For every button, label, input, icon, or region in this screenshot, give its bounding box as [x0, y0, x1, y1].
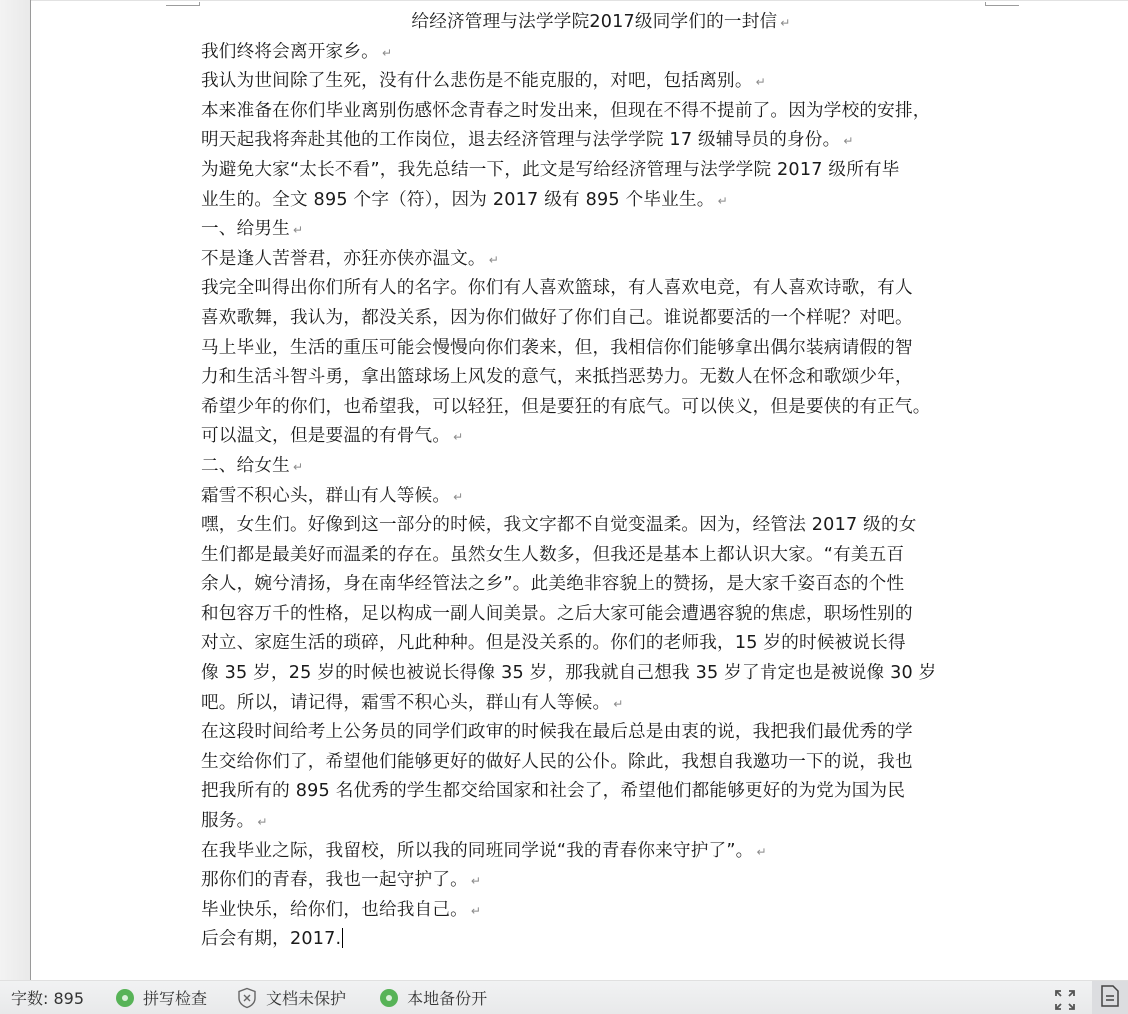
- line-text: 马上毕业，生活的重压可能会慢慢向你们袭来，但，我相信你们能够拿出偶尔装病请假的智: [201, 338, 913, 358]
- line-text: 像 35 岁，25 岁的时候也被说长得像 35 岁，那我就自己想我 35 岁了肯…: [201, 663, 936, 683]
- green-dot-icon: [116, 989, 134, 1007]
- line-text: 不是逢人苦誉君，亦狂亦侠亦温文。: [201, 249, 486, 269]
- line-text: 为避免大家“太长不看”，我先总结一下，此文是写给经济管理与法学学院 2017 级…: [201, 160, 900, 180]
- margin-corner-mark-right: [985, 2, 1019, 6]
- line-text: 服务。: [201, 811, 254, 831]
- paragraph-mark: ↵: [471, 904, 481, 918]
- paragraph-mark: ↵: [718, 194, 728, 208]
- line-text: 余人，婉兮清扬，身在南华经管法之乡”。此美绝非容貌上的赞扬，是大家千姿百态的个性: [201, 574, 904, 594]
- line-text: 毕业快乐，给你们，也给我自己。: [201, 900, 468, 920]
- line-text: 生交给你们了，希望他们能够更好的做好人民的公仆。除此，我想自我邀功一下的说，我也: [201, 752, 913, 772]
- line-text: 业生的。全文 895 个字（符），因为 2017 级有 895 个毕业生。: [201, 190, 715, 210]
- document-line: 力和生活斗智斗勇，拿出篮球场上风发的意气，来抵挡恶势力。无数人在怀念和歌颂少年，: [201, 363, 991, 393]
- fullscreen-icon[interactable]: [1054, 989, 1076, 1014]
- paragraph-mark: ↵: [843, 134, 853, 148]
- line-text: 希望少年的你们，也希望我，可以轻狂，但是要狂的有底气。可以侠义，但是要侠的有正气…: [201, 397, 931, 417]
- line-text: 二、给女生: [201, 456, 290, 476]
- paragraph-mark: ↵: [293, 223, 303, 237]
- paragraph-mark: ↵: [780, 16, 790, 30]
- spell-check-toggle[interactable]: 拼写检查: [116, 981, 207, 1014]
- text-caret: [342, 928, 343, 948]
- line-text: 本来准备在你们毕业离别伤感怀念青春之时发出来，但现在不得不提前了。因为学校的安排…: [201, 101, 931, 121]
- document-body[interactable]: 给经济管理与法学学院2017级同学们的一封信↵ 我们终将会离开家乡。↵我认为世间…: [201, 8, 991, 955]
- line-text: 一、给男生: [201, 219, 290, 239]
- green-dot-icon: [380, 989, 398, 1007]
- document-line: 喜欢歌舞，我认为，都没关系，因为你们做好了你们自己。谁说都要活的一个样呢？对吧。: [201, 304, 991, 334]
- line-text: 我完全叫得出你们所有人的名字。你们有人喜欢篮球，有人喜欢电竞，有人喜欢诗歌，有人: [201, 278, 913, 298]
- document-line: 霜雪不积心头，群山有人等候。↵: [201, 482, 991, 512]
- word-count-label: 字数: 895: [11, 986, 84, 1009]
- document-line: 和包容万千的性格，足以构成一副人间美景。之后大家可能会遭遇容貌的焦虑，职场性别的: [201, 600, 991, 630]
- line-text: 力和生活斗智斗勇，拿出篮球场上风发的意气，来抵挡恶势力。无数人在怀念和歌颂少年，: [201, 367, 913, 387]
- page-top-rule: [31, 0, 1128, 1]
- document-line: 把我所有的 895 名优秀的学生都交给国家和社会了，希望他们都能够更好的为党为国…: [201, 777, 991, 807]
- document-line: 生们都是最美好而温柔的存在。虽然女生人数多，但我还是基本上都认识大家。“有美五百: [201, 541, 991, 571]
- title-text: 给经济管理与法学学院2017级同学们的一封信: [411, 12, 777, 32]
- line-text: 把我所有的 895 名优秀的学生都交给国家和社会了，希望他们都能够更好的为党为国…: [201, 781, 905, 801]
- paragraph-mark: ↵: [453, 490, 463, 504]
- line-text: 喜欢歌舞，我认为，都没关系，因为你们做好了你们自己。谁说都要活的一个样呢？对吧。: [201, 308, 913, 328]
- document-line: 本来准备在你们毕业离别伤感怀念青春之时发出来，但现在不得不提前了。因为学校的安排…: [201, 97, 991, 127]
- line-text: 我认为世间除了生死，没有什么悲伤是不能克服的，对吧，包括离别。: [201, 71, 753, 91]
- paragraph-mark: ↵: [293, 460, 303, 474]
- document-title: 给经济管理与法学学院2017级同学们的一封信↵: [201, 8, 991, 38]
- document-line: 吧。所以，请记得，霜雪不积心头，群山有人等候。↵: [201, 689, 991, 719]
- document-line: 马上毕业，生活的重压可能会慢慢向你们袭来，但，我相信你们能够拿出偶尔装病请假的智: [201, 334, 991, 364]
- protection-label: 文档未保护: [266, 986, 346, 1009]
- document-line: 我们终将会离开家乡。↵: [201, 38, 991, 68]
- paragraph-mark: ↵: [257, 815, 267, 829]
- document-line: 明天起我将奔赴其他的工作岗位，退去经济管理与法学学院 17 级辅导员的身份。↵: [201, 126, 991, 156]
- line-text: 后会有期，2017.: [201, 929, 341, 949]
- document-line: 我完全叫得出你们所有人的名字。你们有人喜欢篮球，有人喜欢电竞，有人喜欢诗歌，有人: [201, 274, 991, 304]
- document-line: 后会有期，2017.: [201, 925, 991, 955]
- line-text: 生们都是最美好而温柔的存在。虽然女生人数多，但我还是基本上都认识大家。“有美五百: [201, 545, 904, 565]
- document-line: 毕业快乐，给你们，也给我自己。↵: [201, 896, 991, 926]
- line-text: 在我毕业之际，我留校，所以我的同班同学说“我的青春你来守护了”。: [201, 841, 753, 861]
- line-text: 吧。所以，请记得，霜雪不积心头，群山有人等候。: [201, 693, 610, 713]
- line-text: 霜雪不积心头，群山有人等候。: [201, 486, 450, 506]
- line-text: 那你们的青春，我也一起守护了。: [201, 870, 468, 890]
- line-text: 明天起我将奔赴其他的工作岗位，退去经济管理与法学学院 17 级辅导员的身份。: [201, 130, 840, 150]
- margin-corner-mark-left: [166, 2, 200, 6]
- document-line: 在我毕业之际，我留校，所以我的同班同学说“我的青春你来守护了”。↵: [201, 837, 991, 867]
- paragraph-mark: ↵: [489, 253, 499, 267]
- spell-check-label: 拼写检查: [143, 986, 207, 1009]
- paragraph-mark: ↵: [471, 874, 481, 888]
- left-gutter: [0, 0, 30, 980]
- document-line: 服务。↵: [201, 807, 991, 837]
- line-text: 和包容万千的性格，足以构成一副人间美景。之后大家可能会遭遇容貌的焦虑，职场性别的: [201, 604, 913, 624]
- document-line: 我认为世间除了生死，没有什么悲伤是不能克服的，对吧，包括离别。↵: [201, 67, 991, 97]
- document-line: 不是逢人苦誉君，亦狂亦侠亦温文。↵: [201, 245, 991, 275]
- line-text: 对立、家庭生活的琐碎，凡此种种。但是没关系的。你们的老师我，15 岁的时候被说长…: [201, 633, 906, 653]
- local-backup-toggle[interactable]: 本地备份开: [380, 981, 487, 1014]
- paragraph-mark: ↵: [756, 845, 766, 859]
- document-line: 嘿，女生们。好像到这一部分的时候，我文字都不自觉变温柔。因为，经管法 2017 …: [201, 511, 991, 541]
- document-line: 那你们的青春，我也一起守护了。↵: [201, 866, 991, 896]
- document-line: 可以温文，但是要温的有骨气。↵: [201, 422, 991, 452]
- document-line: 余人，婉兮清扬，身在南华经管法之乡”。此美绝非容貌上的赞扬，是大家千姿百态的个性: [201, 570, 991, 600]
- document-protection-status[interactable]: 文档未保护: [237, 981, 346, 1014]
- document-line: 一、给男生↵: [201, 215, 991, 245]
- paragraph-mark: ↵: [453, 430, 463, 444]
- paragraph-mark: ↵: [756, 75, 766, 89]
- document-line: 业生的。全文 895 个字（符），因为 2017 级有 895 个毕业生。↵: [201, 186, 991, 216]
- status-bar: 字数: 895 拼写检查 文档未保护 本地备份开: [0, 980, 1128, 1014]
- document-line: 二、给女生↵: [201, 452, 991, 482]
- line-text: 可以温文，但是要温的有骨气。: [201, 426, 450, 446]
- line-text: 我们终将会离开家乡。: [201, 42, 379, 62]
- document-line: 在这段时间给考上公务员的同学们政审的时候我在最后总是由衷的说，我把我们最优秀的学: [201, 718, 991, 748]
- document-line: 对立、家庭生活的琐碎，凡此种种。但是没关系的。你们的老师我，15 岁的时候被说长…: [201, 629, 991, 659]
- document-view-icon: [1100, 984, 1120, 1012]
- document-line: 像 35 岁，25 岁的时候也被说长得像 35 岁，那我就自己想我 35 岁了肯…: [201, 659, 991, 689]
- line-text: 嘿，女生们。好像到这一部分的时候，我文字都不自觉变温柔。因为，经管法 2017 …: [201, 515, 917, 535]
- document-line: 生交给你们了，希望他们能够更好的做好人民的公仆。除此，我想自我邀功一下的说，我也: [201, 748, 991, 778]
- shield-x-icon: [237, 987, 257, 1009]
- line-text: 在这段时间给考上公务员的同学们政审的时候我在最后总是由衷的说，我把我们最优秀的学: [201, 722, 913, 742]
- document-line: 为避免大家“太长不看”，我先总结一下，此文是写给经济管理与法学学院 2017 级…: [201, 156, 991, 186]
- backup-label: 本地备份开: [407, 986, 487, 1009]
- paragraph-mark: ↵: [382, 46, 392, 60]
- document-view-button[interactable]: [1092, 981, 1128, 1014]
- document-line: 希望少年的你们，也希望我，可以轻狂，但是要狂的有底气。可以侠义，但是要侠的有正气…: [201, 393, 991, 423]
- word-count[interactable]: 字数: 895: [11, 981, 84, 1014]
- paragraph-mark: ↵: [613, 697, 623, 711]
